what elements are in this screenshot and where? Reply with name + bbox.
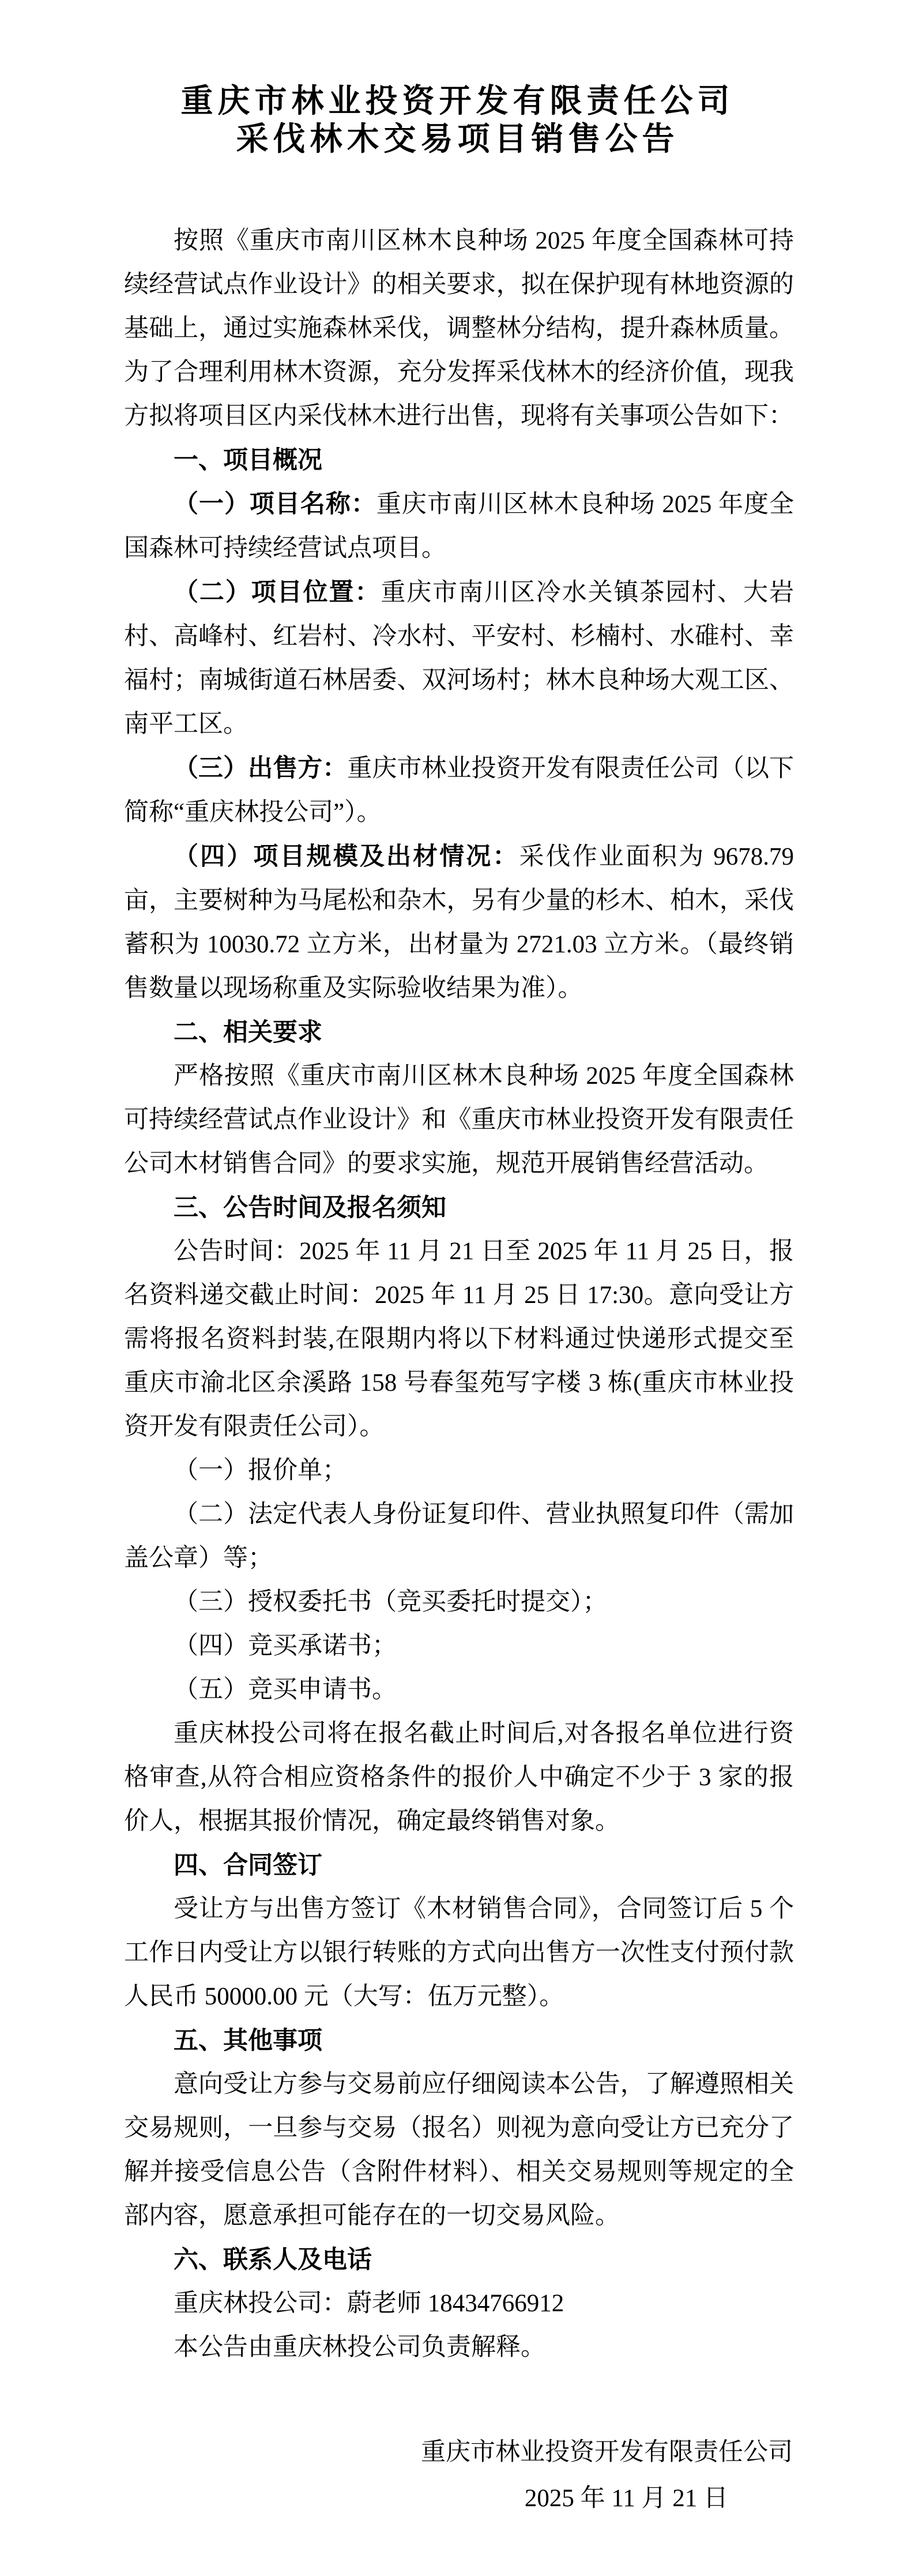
- paragraph-interpretation: 本公告由重庆林投公司负责解释。: [124, 2326, 794, 2370]
- list-item-project-location: （二）项目位置：重庆市南川区冷水关镇茶园村、大岩村、高峰村、红岩村、冷水村、平安…: [124, 570, 794, 746]
- list-item-id-copies: （二）法定代表人身份证复印件、营业执照复印件（需加盖公章）等；: [124, 1493, 794, 1580]
- paragraph-qualification-review: 重庆林投公司将在报名截止时间后,对各报名单位进行资格审查,从符合相应资格条件的报…: [124, 1712, 794, 1843]
- document-title-line1: 重庆市林业投资开发有限责任公司: [0, 82, 915, 120]
- paragraph-other-matters: 意向受让方参与交易前应仔细阅读本公告，了解遵照相关交易规则，一旦参与交易（报名）…: [124, 2063, 794, 2238]
- section-heading-2: 二、相关要求: [124, 1011, 794, 1054]
- paragraph-announcement-time: 公告时间：2025 年 11 月 21 日至 2025 年 11 月 25 日，…: [124, 1230, 794, 1449]
- section-heading-4: 四、合同签订: [124, 1843, 794, 1887]
- item-label: （二）项目位置：: [174, 579, 381, 606]
- list-item-quotation: （一）报价单；: [124, 1449, 794, 1493]
- item-label: （一）项目名称：: [174, 490, 376, 518]
- paragraph-requirements: 严格按照《重庆市南川区林木良种场 2025 年度全国森林可持续经营试点作业设计》…: [124, 1054, 794, 1186]
- paragraph-contract-signing: 受让方与出售方签订《木材销售合同》，合同签订后 5 个工作日内受让方以银行转账的…: [124, 1887, 794, 2019]
- item-label: （三）出售方：: [174, 754, 347, 782]
- document-title: 重庆市林业投资开发有限责任公司 采伐林木交易项目销售公告: [0, 0, 915, 158]
- signature-date: 2025 年 11 月 21 日: [124, 2476, 793, 2522]
- item-label: （四）项目规模及出材情况：: [174, 843, 519, 870]
- signature-company: 重庆市林业投资开发有限责任公司: [124, 2429, 793, 2476]
- paragraph-intro: 按照《重庆市南川区林木良种场 2025 年度全国森林可持续经营试点作业设计》的相…: [124, 219, 794, 438]
- list-item-seller: （三）出售方：重庆市林业投资开发有限责任公司（以下简称“重庆林投公司”）。: [124, 746, 794, 835]
- list-item-commitment: （四）竞买承诺书；: [124, 1624, 794, 1668]
- list-item-project-scale: （四）项目规模及出材情况：采伐作业面积为 9678.79 亩，主要树种为马尾松和…: [124, 835, 794, 1011]
- section-heading-3: 三、公告时间及报名须知: [124, 1186, 794, 1230]
- section-heading-5: 五、其他事项: [124, 2019, 794, 2063]
- document-title-line2: 采伐林木交易项目销售公告: [0, 120, 915, 158]
- list-item-authorization: （三）授权委托书（竞买委托时提交）；: [124, 1580, 794, 1624]
- list-item-application: （五）竞买申请书。: [124, 1668, 794, 1712]
- paragraph-contact: 重庆林投公司：蔚老师 18434766912: [124, 2282, 794, 2326]
- section-heading-1: 一、项目概况: [124, 438, 794, 482]
- signature-block: 重庆市林业投资开发有限责任公司 2025 年 11 月 21 日: [124, 2429, 793, 2522]
- section-heading-6: 六、联系人及电话: [124, 2238, 794, 2282]
- document-body: 按照《重庆市南川区林木良种场 2025 年度全国森林可持续经营试点作业设计》的相…: [124, 219, 794, 2370]
- document-page: 重庆市林业投资开发有限责任公司 采伐林木交易项目销售公告 按照《重庆市南川区林木…: [0, 0, 915, 2576]
- list-item-project-name: （一）项目名称：重庆市南川区林木良种场 2025 年度全国森林可持续经营试点项目…: [124, 482, 794, 570]
